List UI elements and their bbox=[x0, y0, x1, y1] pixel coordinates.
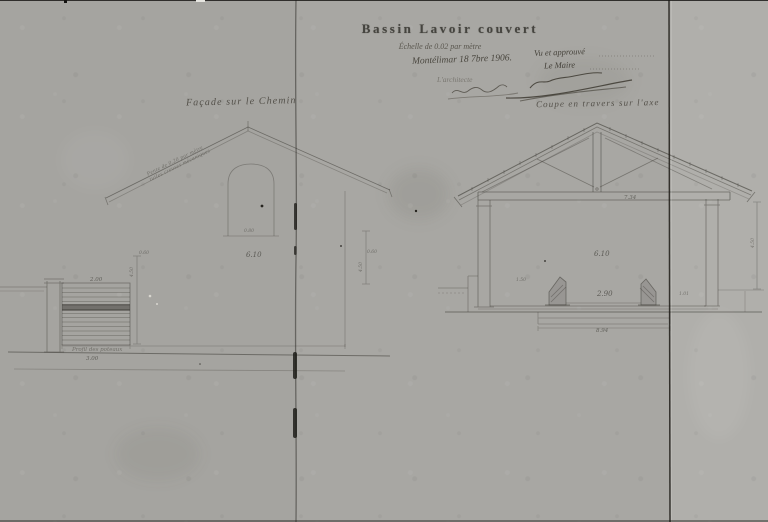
approval-ruled-dots bbox=[590, 56, 656, 69]
photo-top-edge bbox=[0, 0, 768, 1]
dim-basin-width: 2.90 bbox=[596, 290, 613, 298]
dim-basin-bottom: 3.00 bbox=[86, 356, 99, 362]
dim-foundation-width: 8.94 bbox=[596, 328, 609, 334]
fold-blob bbox=[293, 408, 297, 438]
photo-top-tick bbox=[64, 0, 67, 3]
dim-right-vert: 4.50 bbox=[358, 262, 364, 273]
dim-basin-top: 2.00 bbox=[89, 277, 103, 283]
dim-left-small: 0.60 bbox=[139, 250, 149, 256]
architect-signature bbox=[448, 85, 518, 99]
scale-note: Échelle de 0.02 par mètre bbox=[384, 42, 496, 51]
facade-footer-note: Profil des poteaux bbox=[71, 347, 123, 353]
scanned-plan-page: 2.00 0.80 6.10 0.60 0.60 4.50 4.50 Profi… bbox=[0, 0, 768, 522]
dim-interior-width: 6.10 bbox=[594, 250, 610, 258]
architect-caption: L'architecte bbox=[437, 75, 472, 84]
dim-right-small: 0.60 bbox=[367, 249, 377, 255]
dim-right-gap: 1.01 bbox=[679, 291, 689, 297]
dim-tie-beam: 7.34 bbox=[624, 195, 637, 201]
mayor-signature bbox=[506, 73, 632, 101]
section-drawing bbox=[438, 123, 764, 331]
facade-dimension-labels: 2.00 0.80 6.10 0.60 0.60 4.50 4.50 Profi… bbox=[71, 228, 377, 362]
approval-maire: Le Maire bbox=[544, 59, 575, 70]
fold-blob bbox=[294, 246, 297, 255]
dim-left-vert: 4.50 bbox=[129, 267, 135, 278]
page-edge bbox=[669, 0, 672, 522]
dim-left-gap: 1.50 bbox=[516, 277, 526, 283]
photo-top-notch bbox=[196, 0, 205, 2]
white-specks bbox=[149, 295, 158, 305]
dim-arch-width: 0.80 bbox=[244, 228, 254, 234]
dim-bay-width: 6.10 bbox=[246, 251, 262, 259]
dim-wall-vert: 4.50 bbox=[750, 238, 756, 249]
approval-vu: Vu et approuvé bbox=[534, 46, 585, 58]
center-fold bbox=[293, 0, 297, 522]
section-dimension-labels: 7.34 6.10 2.90 1.50 1.01 8.94 4.50 bbox=[516, 195, 756, 334]
drawing-svg: 2.00 0.80 6.10 0.60 0.60 4.50 4.50 Profi… bbox=[0, 0, 768, 522]
page-title: Bassin Lavoir couvert bbox=[320, 21, 580, 37]
fold-blob bbox=[293, 352, 297, 379]
fold-blob bbox=[294, 203, 297, 230]
